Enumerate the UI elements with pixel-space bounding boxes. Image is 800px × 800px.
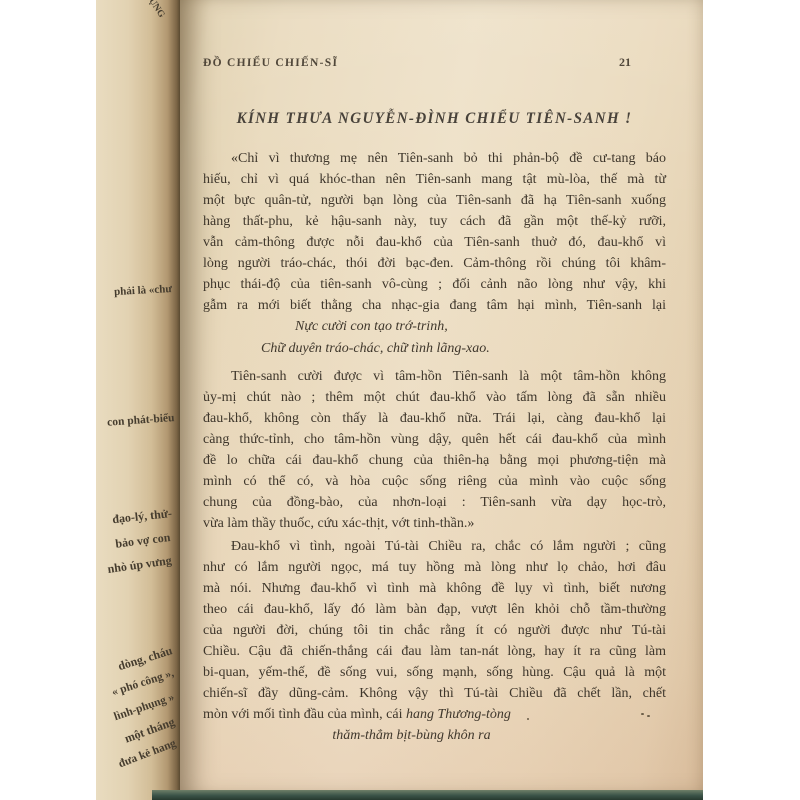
text-line: ủy-mị chút nào ; thêm một chút đau-khổ v… xyxy=(203,387,666,408)
text-line: «Chỉ vì thương mẹ nên Tiên-sanh bỏ thi p… xyxy=(203,148,666,169)
text-line: lòng người tráo-chác, thói đời bạc-đen. … xyxy=(203,253,666,274)
block-verse: Nực cười con tạo trớ-trinh,Chữ duyên trá… xyxy=(203,316,666,360)
left-page-text-fragment: bảo vợ con xyxy=(114,530,171,552)
text-line: đề lo chữa cái đau-khổ chung của thiên-h… xyxy=(203,450,666,471)
text-line: Nực cười con tạo trớ-trinh, xyxy=(295,316,666,338)
book-photo: ĂN DỤNGphải là «chưcon phát-biểuđạo-lý, … xyxy=(0,0,800,800)
text-line: Chiều. Cậu đã chiến-thắng cái đau làm ta… xyxy=(203,641,666,662)
text-line: chung của đồng-bào, của nhơn-loại : Tiên… xyxy=(203,492,666,513)
page-number: 21 xyxy=(619,55,631,70)
text-line: hiếu, chỉ vì quá khóc-than nên Tiên-sanh… xyxy=(203,169,666,190)
running-title: ĐỒ CHIỂU CHIẾN-SĨ xyxy=(203,57,339,69)
text-line: Tiên-sanh cười được vì tâm-hồn Tiên-sanh… xyxy=(203,366,666,387)
left-page-edge: ĂN DỤNGphải là «chưcon phát-biểuđạo-lý, … xyxy=(96,0,180,800)
text-line: mòn với mối tình đầu của mình, cái hang … xyxy=(203,704,666,725)
ink-speck xyxy=(647,715,650,717)
text-line: Đau-khổ vì tình, ngoài Tú-tài Chiều ra, … xyxy=(203,536,666,557)
block-paragraph: «Chỉ vì thương mẹ nên Tiên-sanh bỏ thi p… xyxy=(203,148,666,316)
text-line: vẫn cảm-thông được nỗi đau-khổ của Tiên-… xyxy=(203,232,666,253)
text-line: theo cái đau-khổ, lấy đó làm bàn đạp, vư… xyxy=(203,599,666,620)
left-page-text-fragment: con phát-biểu xyxy=(106,412,174,429)
text-line: gẫm ra mới biết thằng cha nhạc-gia đang … xyxy=(203,295,666,316)
left-page-text-fragment: nhò úp vưng xyxy=(107,553,173,577)
text-line: càng thức-tỉnh, cho tâm-hồn vùng dậy, qu… xyxy=(203,429,666,450)
page-header: ĐỒ CHIỂU CHIẾN-SĨ 21 xyxy=(203,55,631,70)
text-line: của người đời, chúng tôi tin chắc rằng í… xyxy=(203,620,666,641)
text-line: bi-quan, yếm-thế, đề sống vui, sống mạnh… xyxy=(203,662,666,683)
left-page-text-fragment: ĂN DỤNG xyxy=(134,0,166,20)
text-line: đau-khổ, không còn thấy là đau-khổ nữa. … xyxy=(203,408,666,429)
text-line: như có lắm người ngọc, má tuy hồng mà lò… xyxy=(203,557,666,578)
text-line: thăm-thẳm bịt-bùng khôn ra xyxy=(203,725,620,746)
text-line: mà nói. Nhưng đau-khổ vì tình mà không đ… xyxy=(203,578,666,599)
ink-speck xyxy=(641,713,644,715)
left-page-text-fragment: đạo-lý, thử- xyxy=(112,506,173,527)
text-line: phục thái-độ của tiên-sanh vô-cùng ; đối… xyxy=(203,274,666,295)
chapter-heading: KÍNH THƯA NGUYỄN-ĐÌNH CHIỂU TIÊN-SANH ! xyxy=(203,111,666,128)
block-paragraph: Tiên-sanh cười được vì tâm-hồn Tiên-sanh… xyxy=(203,366,666,534)
text-line: Chữ duyên tráo-chác, chữ tình lãng-xao. xyxy=(261,338,666,360)
block-paragraph: Đau-khổ vì tình, ngoài Tú-tài Chiều ra, … xyxy=(203,536,666,725)
ink-speck xyxy=(527,718,529,720)
text-line: một bực quân-tử, người bạn lòng của Tiên… xyxy=(203,190,666,211)
block-verse-center: thăm-thẳm bịt-bùng khôn ra xyxy=(203,725,666,746)
left-page-text-fragment: phải là «chư xyxy=(114,283,173,298)
text-column: «Chỉ vì thương mẹ nên Tiên-sanh bỏ thi p… xyxy=(203,148,666,746)
text-line: mình có thể có, và hòa cuộc sống riêng c… xyxy=(203,471,666,492)
text-line: hàng thất-phu, kẻ hậu-sanh này, tuy cách… xyxy=(203,211,666,232)
text-line: vừa làm thầy thuốc, cứu xác-thịt, vớt ti… xyxy=(203,513,666,534)
text-line: chiến-sĩ đầy dũng-cảm. Không vậy thì Tú-… xyxy=(203,683,666,704)
book-cover-edge xyxy=(152,790,703,800)
